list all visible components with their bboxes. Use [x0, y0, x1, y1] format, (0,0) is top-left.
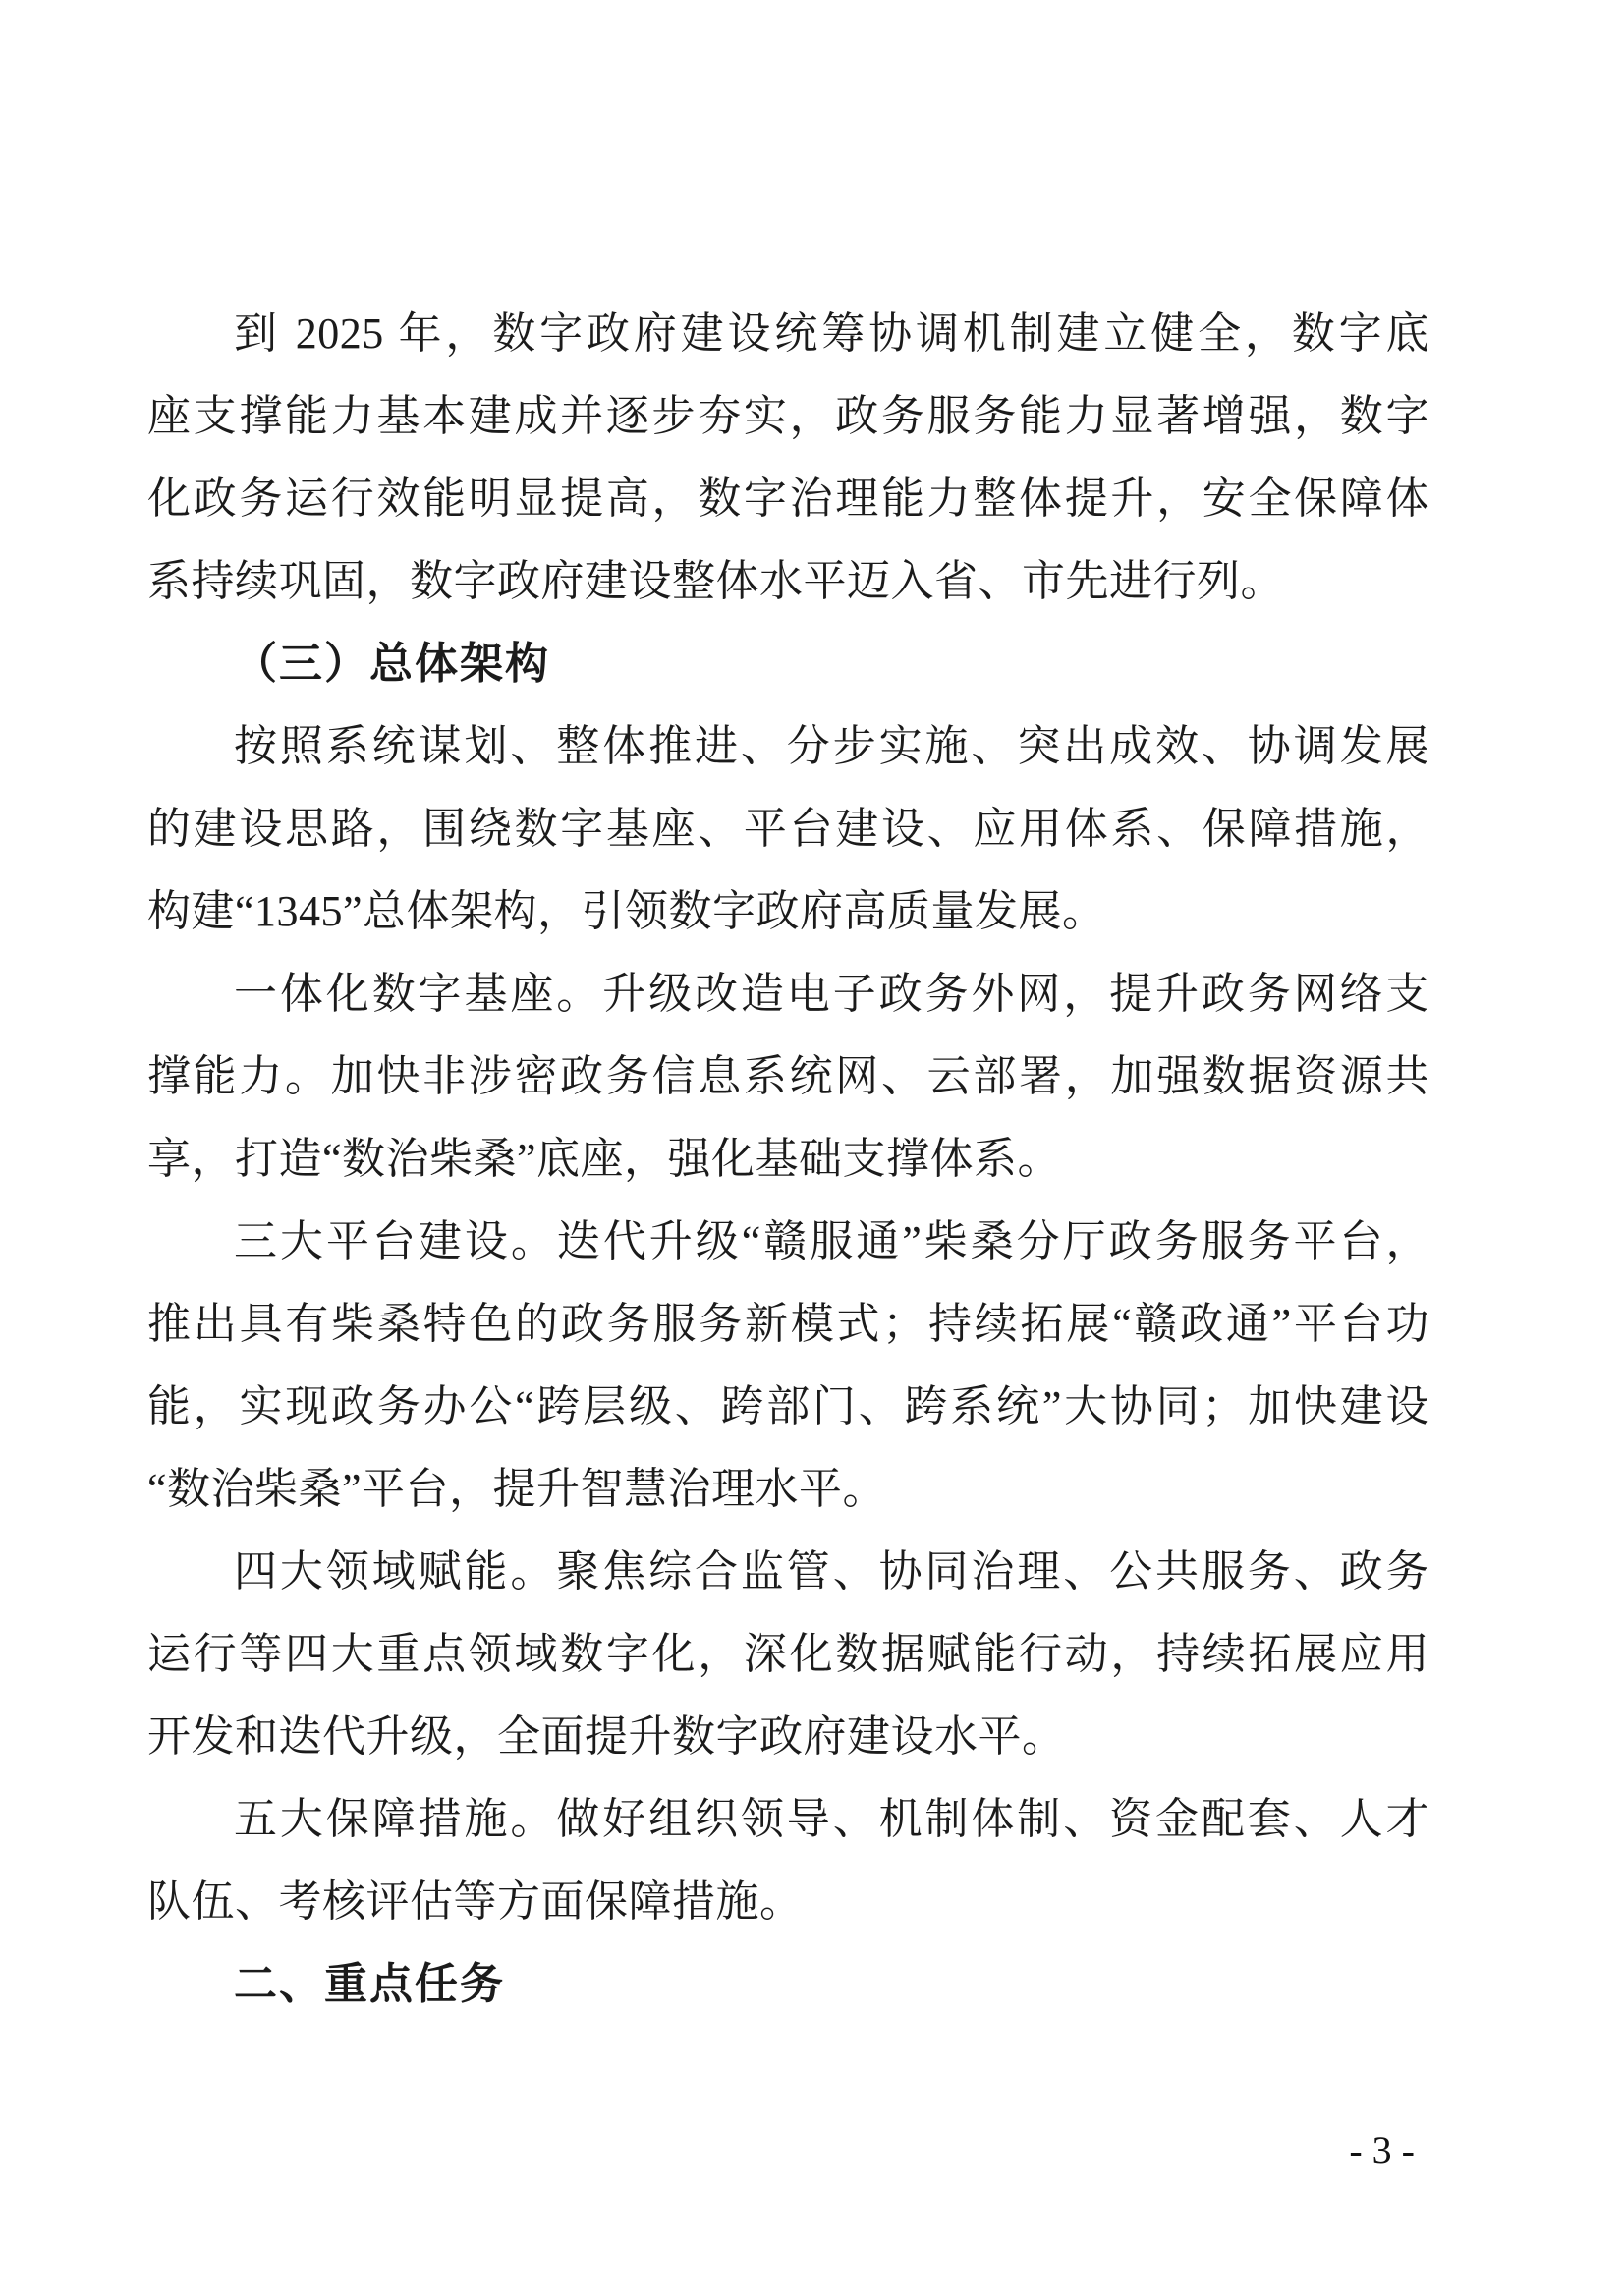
paragraph-three-platforms-line: 能，实现政务办公“跨层级、跨部门、跨系统”大协同；加快建设: [147, 1366, 1429, 1448]
paragraph-approach-line: 构建“1345”总体架构，引领数字政府高质量发展。: [147, 870, 1429, 953]
document-page: 到 2025 年，数字政府建设统筹协调机制建立健全，数字底 座支撑能力基本建成并…: [0, 0, 1623, 2296]
paragraph-three-platforms-line: 三大平台建设。迭代升级“赣服通”柴桑分厅政务服务平台，: [147, 1201, 1429, 1283]
document-page-body: { "document": { "lines": [ { "role": "bo…: [0, 0, 1623, 2296]
paragraph-four-domains-line: 运行等四大重点领域数字化，深化数据赋能行动，持续拓展应用: [147, 1613, 1429, 1696]
paragraph-approach-line: 按照系统谋划、整体推进、分步实施、突出成效、协调发展: [147, 705, 1429, 788]
paragraph-three-platforms-line: “数治柴桑”平台，提升智慧治理水平。: [147, 1448, 1429, 1531]
page-number: - 3 -: [1349, 2127, 1415, 2174]
paragraph-digital-base-line: 撑能力。加快非涉密政务信息系统网、云部署，加强数据资源共: [147, 1036, 1429, 1118]
document-content: 到 2025 年，数字政府建设统筹协调机制建立健全，数字底 座支撑能力基本建成并…: [147, 293, 1429, 2026]
paragraph-goal-line: 系持续巩固，数字政府建设整体水平迈入省、市先进行列。: [147, 540, 1429, 623]
paragraph-goal-line: 到 2025 年，数字政府建设统筹协调机制建立健全，数字底: [147, 293, 1429, 375]
paragraph-approach-line: 的建设思路，围绕数字基座、平台建设、应用体系、保障措施，: [147, 788, 1429, 870]
paragraph-three-platforms-line: 推出具有柴桑特色的政务服务新模式；持续拓展“赣政通”平台功: [147, 1283, 1429, 1366]
paragraph-four-domains-line: 开发和迭代升级，全面提升数字政府建设水平。: [147, 1696, 1429, 1778]
paragraph-four-domains-line: 四大领域赋能。聚焦综合监管、协同治理、公共服务、政务: [147, 1531, 1429, 1613]
heading-key-tasks: 二、重点任务: [147, 1943, 1429, 2026]
paragraph-digital-base-line: 享，打造“数治柴桑”底座，强化基础支撑体系。: [147, 1118, 1429, 1201]
paragraph-goal-line: 座支撑能力基本建成并逐步夯实，政务服务能力显著增强，数字: [147, 375, 1429, 458]
paragraph-digital-base-line: 一体化数字基座。升级改造电子政务外网，提升政务网络支: [147, 953, 1429, 1036]
heading-overall-architecture: （三）总体架构: [147, 623, 1429, 705]
paragraph-five-safeguards-line: 队伍、考核评估等方面保障措施。: [147, 1861, 1429, 1943]
paragraph-five-safeguards-line: 五大保障措施。做好组织领导、机制体制、资金配套、人才: [147, 1778, 1429, 1861]
paragraph-goal-line: 化政务运行效能明显提高，数字治理能力整体提升，安全保障体: [147, 458, 1429, 540]
